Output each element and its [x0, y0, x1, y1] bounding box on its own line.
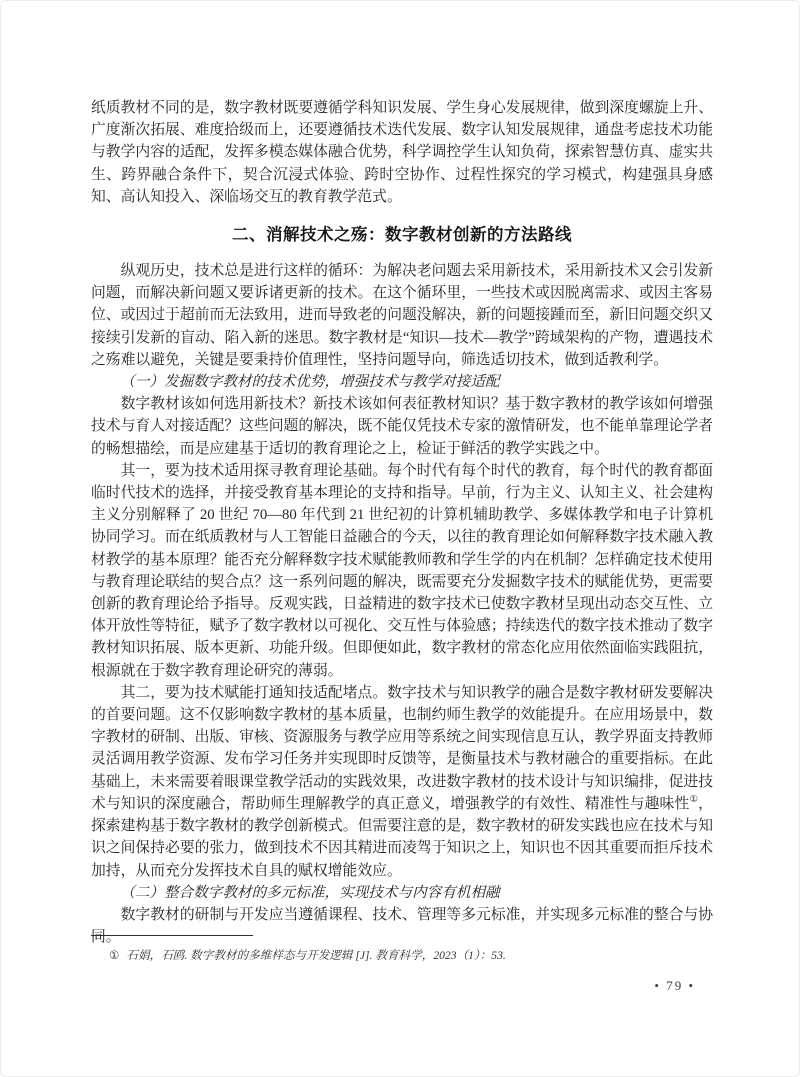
footnote-area: ①石娟，石鸥. 数字教材的多维样态与开发逻辑 [J]. 教育科学，2023（1）… [91, 935, 713, 964]
footnote-divider [91, 935, 253, 936]
paragraph-point-one: 其一，要为技术适用探寻教育理论基础。每个时代有每个时代的教育，每个时代的教育都面… [91, 460, 713, 682]
paragraph-point-two: 其二，要为技术赋能打通知技适配堵点。数字技术与知识教学的融合是数字教材研发要解决… [91, 682, 713, 882]
page-number: • 79 • [654, 978, 695, 994]
footnote-text: 石娟，石鸥. 数字教材的多维样态与开发逻辑 [J]. 教育科学，2023（1）：… [126, 949, 505, 962]
paragraph-intro: 纸质教材不同的是，数字教材既要遵循学科知识发展、学生身心发展规律，做到深度螺旋上… [91, 97, 713, 208]
document-page: 纸质教材不同的是，数字教材既要遵循学科知识发展、学生身心发展规律，做到深度螺旋上… [0, 0, 800, 1077]
subsection-heading-2: （二）整合数字教材的多元标准，实现技术与内容有机相融 [91, 882, 713, 904]
subsection-heading-1: （一）发掘数字教材的技术优势，增强技术与教学对接适配 [91, 371, 713, 393]
footnote-reference-marker: ① [689, 795, 698, 805]
paragraph-point-two-text-before-note: 其二，要为技术赋能打通知技适配堵点。数字技术与知识教学的融合是数字教材研发要解决… [91, 685, 713, 812]
footnote-entry: ①石娟，石鸥. 数字教材的多维样态与开发逻辑 [J]. 教育科学，2023（1）… [91, 948, 713, 964]
section-heading: 二、消解技术之殇：数字教材创新的方法路线 [91, 221, 713, 245]
page-content: 纸质教材不同的是，数字教材既要遵循学科知识发展、学生身心发展规律，做到深度螺旋上… [91, 97, 713, 948]
footnote-marker: ① [109, 949, 119, 962]
paragraph-overview: 纵观历史，技术总是进行这样的循环：为解决老问题去采用新技术，采用新技术又会引发新… [91, 260, 713, 371]
paragraph-subsection1-intro: 数字教材该如何选用新技术？新技术该如何表征教材知识？基于数字教材的教学该如何增强… [91, 393, 713, 460]
